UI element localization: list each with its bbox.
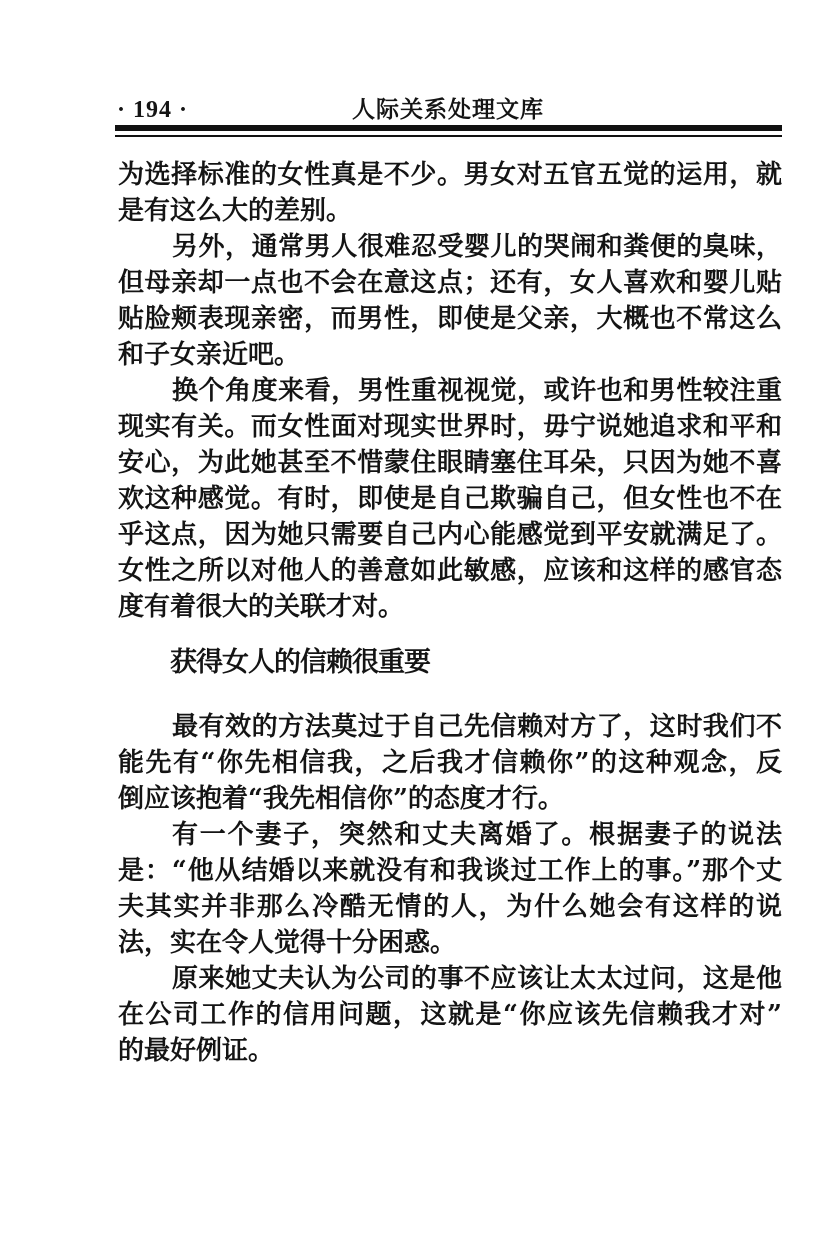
body-text: 为选择标准的女性真是不少。男女对五官五觉的运用，就 是有这么大的差别。 另外，通… (118, 157, 782, 1069)
text-line: 是：“他从结婚以来就没有和我谈过工作上的事。”那个丈 (118, 853, 782, 889)
text-line: 另外，通常男人很难忍受婴儿的哭闹和粪便的臭味， (118, 229, 782, 265)
text-line: 女性之所以对他人的善意如此敏感，应该和这样的感官态 (118, 553, 782, 589)
text-line: 在公司工作的信用问题，这就是“你应该先信赖我才对” (118, 997, 782, 1033)
text-line: 贴脸颊表现亲密，而男性，即使是父亲，大概也不常这么 (118, 301, 782, 337)
text-line: 安心，为此她甚至不惜蒙住眼睛塞住耳朵，只因为她不喜 (118, 445, 782, 481)
section-heading-block: 获得女人的信赖很重要 (118, 625, 782, 709)
header-rule-thick (115, 125, 782, 131)
header-rule-thin (115, 135, 782, 137)
text-line: 法，实在令人觉得十分困惑。 (118, 925, 782, 961)
text-line: 为选择标准的女性真是不少。男女对五官五觉的运用，就 (118, 157, 782, 193)
text-line: 最有效的方法莫过于自己先信赖对方了，这时我们不 (118, 709, 782, 745)
section-heading: 获得女人的信赖很重要 (170, 645, 430, 681)
text-line: 原来她丈夫认为公司的事不应该让太太过问，这是他 (118, 961, 782, 997)
paragraph: 原来她丈夫认为公司的事不应该让太太过问，这是他 在公司工作的信用问题，这就是“你… (118, 961, 782, 1069)
text-line: 倒应该抱着“我先相信你”的态度才行。 (118, 781, 782, 817)
paragraph: 为选择标准的女性真是不少。男女对五官五觉的运用，就 是有这么大的差别。 (118, 157, 782, 229)
text-line: 欢这种感觉。有时，即使是自己欺骗自己，但女性也不在 (118, 481, 782, 517)
text-line: 能先有“你先相信我，之后我才信赖你”的这种观念，反 (118, 745, 782, 781)
page-number: · 194 · (117, 95, 188, 125)
paragraph: 有一个妻子，突然和丈夫离婚了。根据妻子的说法 是：“他从结婚以来就没有和我谈过工… (118, 817, 782, 961)
text-line: 和子女亲近吧。 (118, 337, 782, 373)
paragraph: 另外，通常男人很难忍受婴儿的哭闹和粪便的臭味， 但母亲却一点也不会在意这点；还有… (118, 229, 782, 373)
paragraph: 换个角度来看，男性重视视觉，或许也和男性较注重 现实有关。而女性面对现实世界时，… (118, 373, 782, 625)
text-line: 夫其实并非那么冷酷无情的人，为什么她会有这样的说 (118, 889, 782, 925)
text-line: 但母亲却一点也不会在意这点；还有，女人喜欢和婴儿贴 (118, 265, 782, 301)
text-line: 的最好例证。 (118, 1033, 782, 1069)
running-header: · 194 · 人际关系处理文库 (117, 95, 782, 127)
text-line: 现实有关。而女性面对现实世界时，毋宁说她追求和平和 (118, 409, 782, 445)
text-line: 乎这点，因为她只需要自己内心能感觉到平安就满足了。 (118, 517, 782, 553)
book-title: 人际关系处理文库 (352, 95, 544, 125)
book-page: · 194 · 人际关系处理文库 为选择标准的女性真是不少。男女对五官五觉的运用… (0, 0, 822, 1233)
text-line: 有一个妻子，突然和丈夫离婚了。根据妻子的说法 (118, 817, 782, 853)
text-line: 是有这么大的差别。 (118, 193, 782, 229)
text-line: 度有着很大的关联才对。 (118, 589, 782, 625)
text-line: 换个角度来看，男性重视视觉，或许也和男性较注重 (118, 373, 782, 409)
paragraph: 最有效的方法莫过于自己先信赖对方了，这时我们不 能先有“你先相信我，之后我才信赖… (118, 709, 782, 817)
